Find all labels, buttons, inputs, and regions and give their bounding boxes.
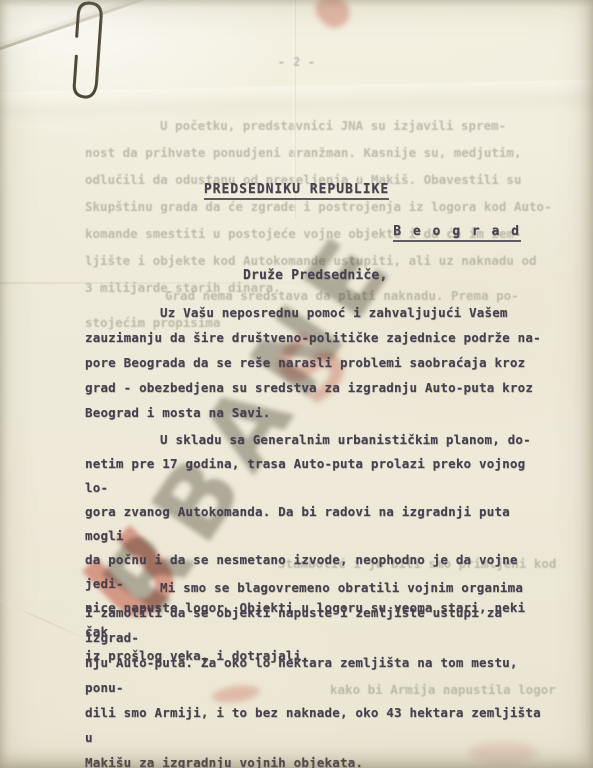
paragraph-1: Uz Vašu neposrednu pomoć i zahvaljujući … (85, 300, 543, 425)
paperclip-icon (62, 0, 122, 115)
bottom-crease (0, 596, 93, 643)
paragraph-3: Mi smo se blagovremeno obratili vojnim o… (85, 575, 543, 768)
scanned-letter-page: - 2 - U početku, predstavnici JNA su izj… (0, 0, 593, 768)
salutation: Druže Predsedniče, (243, 268, 387, 283)
red-stamp-mark (311, 0, 356, 34)
recipient-title: PREDSEDNIKU REPUBLIKE (0, 182, 593, 200)
recipient-title-text: PREDSEDNIKU REPUBLIKE (204, 182, 389, 200)
recipient-city: B e o g r a d (393, 224, 521, 242)
